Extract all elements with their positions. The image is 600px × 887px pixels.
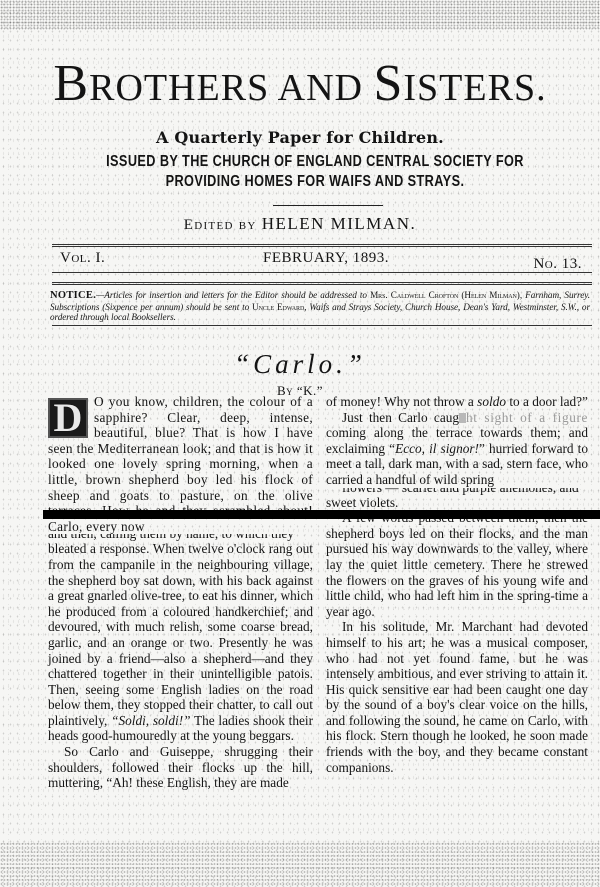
divider <box>52 282 592 285</box>
volume-label: Vol. I. <box>60 250 105 267</box>
divider <box>52 325 592 326</box>
obscured-line: and then, calling them by name, to which… <box>48 534 313 541</box>
paragraph: Just then Carlo caught sight of a figure… <box>326 410 588 511</box>
paragraph: So Carlo and Guiseppe, shrugging their s… <box>48 744 313 791</box>
issue-date: FEBRUARY, 1893. <box>263 250 389 267</box>
publication-title: BROTHERS AND SISTERS. <box>0 54 600 113</box>
issuer-statement: ISSUED BY THE CHURCH OF ENGLAND CENTRAL … <box>106 152 524 192</box>
paragraph: In his solitude, Mr. Marchant had devote… <box>326 619 588 775</box>
divider <box>273 205 383 206</box>
column-left: DO you know, children, the colour of a s… <box>48 394 313 791</box>
publication-subtitle: A Quarterly Paper for Children. <box>0 128 600 147</box>
scan-artifact <box>459 413 466 423</box>
dropcap-ornament: D <box>48 398 88 438</box>
scan-noise-bottom <box>0 842 600 887</box>
story-title: “Carlo.” <box>0 349 600 380</box>
paragraph: DO you know, children, the colour of a s… <box>48 394 313 744</box>
obscured-line: flowers — scarlet and purple anemones, a… <box>326 488 588 495</box>
paragraph: A few words passed between them; then th… <box>326 510 588 619</box>
editor-line: Edited by HELEN MILMAN. <box>0 214 600 234</box>
issue-info: Vol. I. FEBRUARY, 1893. No. 13. <box>60 250 582 270</box>
divider <box>52 244 592 247</box>
column-right: of money! Why not throw a soldo to a doo… <box>326 394 588 775</box>
notice: NOTICE.—Articles for insertion and lette… <box>50 290 590 323</box>
scan-noise-top <box>0 0 600 30</box>
paragraph: of money! Why not throw a soldo to a doo… <box>326 394 588 410</box>
issue-number: No. 13. <box>533 256 582 273</box>
redaction-bar <box>43 510 600 519</box>
divider <box>52 272 592 273</box>
